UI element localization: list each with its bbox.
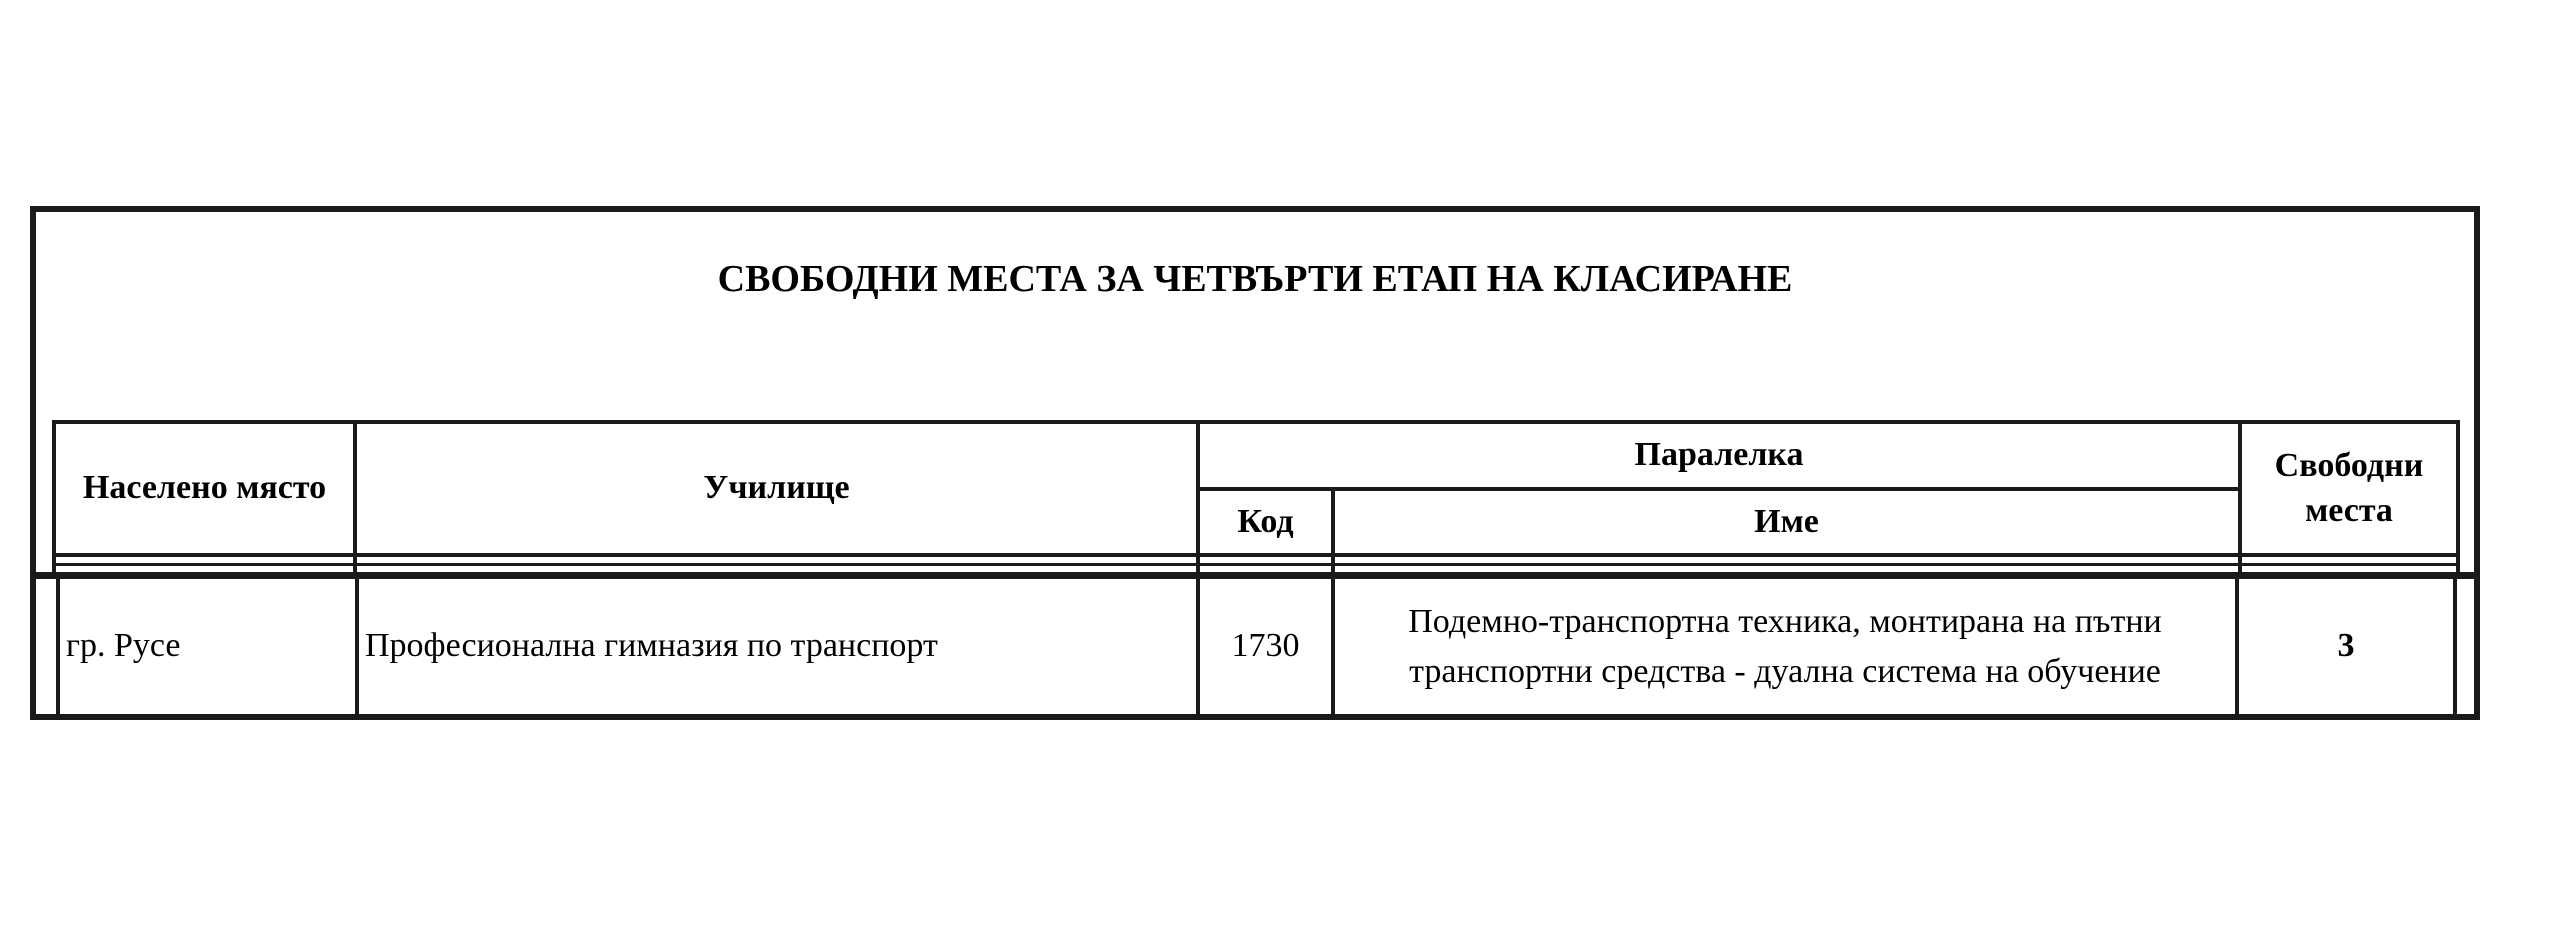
cell-name-line2: транспортни средства - дуална система на… [1409,647,2161,696]
header-settlement: Населено място [56,424,353,553]
header-class-group: Паралелка [1200,424,2238,487]
outer-frame-bottom [30,714,2480,720]
header-bottom-border-2 [52,563,2460,566]
cell-free-places: 3 [2239,579,2453,714]
outer-frame-top [30,206,2480,212]
cell-name: Подемно-транспортна техника, монтирана н… [1335,579,2235,714]
cell-code: 1730 [1200,579,1331,714]
header-school: Училище [357,424,1196,553]
header-free-places-line2: места [2305,489,2393,533]
cell-name-line1: Подемно-транспортна техника, монтирана н… [1408,597,2161,646]
header-free-places: Свободни места [2242,424,2456,553]
header-bottom-border [52,553,2460,557]
header-data-separator [30,572,2480,579]
document-title: СВОБОДНИ МЕСТА ЗА ЧЕТВЪРТИ ЕТАП НА КЛАСИ… [36,250,2474,310]
cell-school: Професионална гимназия по транспорт [359,579,1196,714]
header-name: Име [1335,491,2238,553]
header-right-border [2456,420,2460,572]
cell-settlement: гр. Русе [60,579,355,714]
row-right-border [2453,578,2457,716]
outer-frame-right [2474,206,2480,720]
header-code: Код [1200,491,1331,553]
header-free-places-line1: Свободни [2275,444,2424,488]
